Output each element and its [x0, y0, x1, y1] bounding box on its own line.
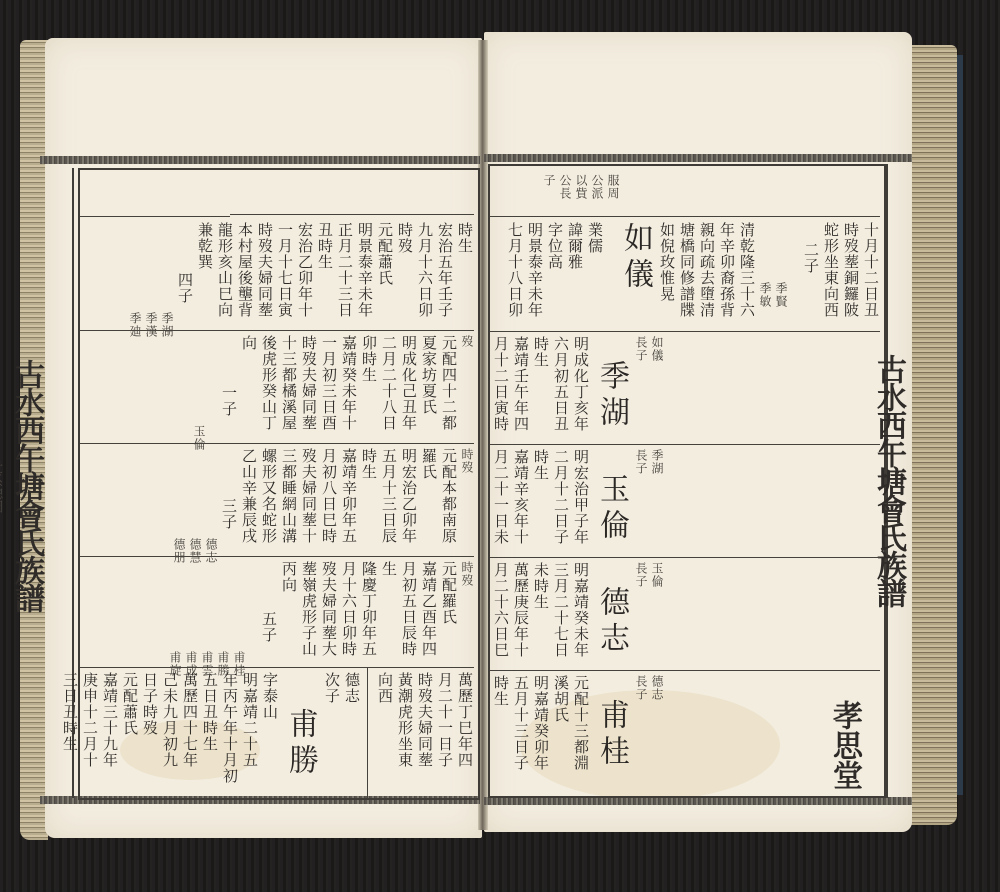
- column-divider: [367, 668, 368, 798]
- text-column: 七月十八日卯: [506, 222, 524, 318]
- text-column: 後虎形癸山丁: [260, 335, 278, 431]
- text-column: 月二十六日巳: [492, 562, 510, 658]
- parent-note: 如儀: [650, 336, 664, 432]
- text-column: 黃潮虎形坐東: [396, 672, 414, 768]
- text-column: 三日丑時生: [61, 672, 79, 752]
- text-column: 向: [240, 335, 258, 351]
- text-column: 夏家坊夏氏: [420, 335, 438, 415]
- text-column: 嘉靖壬午年四: [512, 336, 530, 432]
- person-name: 甫桂: [594, 699, 628, 771]
- text-column: 日子時歿: [141, 672, 159, 736]
- text-column: 時歿: [396, 222, 414, 254]
- note-column: 如倪玫惟晃: [658, 222, 676, 302]
- left-banxin: 古水西午塘會氏族譜 世系總圖 五七 孝思堂: [18, 170, 48, 800]
- person-name: 甫勝: [283, 708, 317, 780]
- text-column: 正月二十三日: [336, 222, 354, 318]
- text-column: 嘉靖辛卯年五: [340, 448, 358, 544]
- note-column: 清乾隆三十六: [738, 222, 756, 318]
- blue-cover-edge: [957, 55, 963, 795]
- person-entry: 季湖 長子 玉倫 明宏治甲子年 二月十二日子 時生 嘉靖辛亥年十 月二十一日未: [490, 449, 664, 545]
- person-entry: 如儀 長子 季湖 明成化丁亥年 六月初五日丑 時生 嘉靖壬午年四 月十二日寅時: [490, 336, 664, 432]
- text-column: 五月十三日辰: [380, 448, 398, 544]
- text-column: 年丙午年十月初: [221, 672, 239, 784]
- text-column: 宏治乙卯年十: [296, 222, 314, 318]
- text-column: 九月十六日卯: [416, 222, 434, 318]
- text-column: 螺形又名蛇形: [260, 448, 278, 544]
- text-column: 萬歷丁巳年四: [456, 672, 474, 768]
- text-column: 明景泰辛未年: [356, 222, 374, 318]
- generation-row-5: 萬歷丁巳年四 月二十一日子 時歿夫婦同塟 黃潮虎形坐東 向西 德志 次子 甫勝 …: [80, 667, 474, 795]
- person-name: 如儀: [618, 222, 652, 294]
- text-column: 三都睡網山溝: [280, 448, 298, 544]
- text-column: 元配四十二都: [440, 335, 458, 431]
- text-column: 明宏治甲子年: [572, 449, 590, 545]
- note-column: 塘橋同修譜牒: [678, 222, 696, 318]
- text-column: 塟嶺虎形子山: [300, 561, 318, 657]
- text-column: 時歿塟銅鑼陂: [842, 222, 860, 318]
- note-column: 服周: [606, 174, 620, 200]
- person-name: 季湖: [594, 360, 628, 432]
- children-count: 五子: [260, 611, 278, 643]
- right-page-edges: [905, 45, 957, 825]
- decorative-band: [40, 156, 480, 164]
- text-column: 月初五日辰時: [400, 561, 418, 657]
- text-column: 萬歷庚辰年十: [512, 562, 530, 658]
- decorative-band: [484, 154, 912, 162]
- text-column: 羅氏: [420, 448, 438, 480]
- row-divider: [80, 216, 230, 217]
- text-column: 嘉靖乙酉年四: [420, 561, 438, 657]
- text-column: 月十六日卯時: [340, 561, 358, 657]
- parent-note: 玉倫: [650, 562, 664, 658]
- text-column: 元配本都南原: [440, 448, 458, 544]
- text-column: 元配蕭氏: [376, 222, 394, 286]
- text-column: 時歿: [460, 448, 474, 474]
- text-column: 三月二十七日: [552, 562, 570, 658]
- text-column: 明嘉靖二十五: [241, 672, 259, 768]
- text-column: 兼乾巽: [196, 222, 214, 270]
- text-column: 時生: [360, 448, 378, 480]
- right-row-4: 玉倫 長子 德志 明嘉靖癸未年 三月二十七日 未時生 萬歷庚辰年十 月二十六日巳: [490, 557, 880, 669]
- right-banxin: 古水西午塘會氏族譜 孝思堂: [880, 170, 910, 790]
- text-column: 業儒: [586, 222, 604, 254]
- text-column: 時歿夫婦同塟: [256, 222, 274, 318]
- text-column: 時生: [532, 449, 550, 545]
- children-count: 三子: [220, 498, 238, 530]
- text-column: 明成化丁亥年: [572, 336, 590, 432]
- text-column: 明成化己丑年: [400, 335, 418, 431]
- text-column: 未時生: [532, 562, 550, 658]
- decorative-band: [484, 797, 912, 805]
- right-top-row: 十月十二日丑 時歿塟銅鑼陂 蛇形坐東向西 二子 季賢 季敏 清乾隆三十六 年辛卯…: [490, 218, 880, 330]
- text-column: 時生: [456, 222, 474, 254]
- text-column: 卯時生: [360, 335, 378, 383]
- note-column: 子: [542, 174, 556, 200]
- right-row-5: 德志 長子 甫桂 元配十三都淵 溪胡氏 明嘉靖癸卯年 五月十三日子 時生: [490, 670, 880, 794]
- text-column: 十月十二日丑: [862, 222, 880, 318]
- text-column: 字泰山: [261, 672, 279, 720]
- text-column: 明嘉靖癸卯年: [532, 675, 550, 771]
- generation-row-4: 時歿 元配羅氏 嘉靖乙酉年四 月初五日辰時 生 隆慶丁卯年五 月十六日卯時 歿夫…: [80, 556, 474, 666]
- note-column: 公長: [558, 174, 572, 200]
- person-entry: 德志 長子 甫桂 元配十三都淵 溪胡氏 明嘉靖癸卯年 五月十三日子 時生: [490, 675, 664, 771]
- note-column: 年辛卯裔孫背: [718, 222, 736, 318]
- text-column: 時歿夫婦同塟: [416, 672, 434, 768]
- generation-row-3: 時歿 元配本都南原 羅氏 明宏治乙卯年 五月十三日辰 時生 嘉靖辛卯年五 月初八…: [80, 443, 474, 555]
- parent-note: 德志: [343, 672, 361, 704]
- text-column: 龍形亥山巳向: [216, 222, 234, 318]
- parent-note: 德志: [650, 675, 664, 771]
- person-entry: 玉倫 長子 德志 明嘉靖癸未年 三月二十七日 未時生 萬歷庚辰年十 月二十六日巳: [490, 562, 664, 658]
- text-column: 五日丑時生: [201, 672, 219, 752]
- text-column: 丑時生: [316, 222, 334, 270]
- text-column: 一月初三日酉: [320, 335, 338, 431]
- text-column: 明景泰辛未年: [526, 222, 544, 318]
- header-note: 服周 公派 以貲 公長 子: [540, 174, 620, 200]
- text-column: 六月初五日丑: [552, 336, 570, 432]
- parent-note: 長子: [634, 562, 648, 658]
- right-row-2: 如儀 長子 季湖 明成化丁亥年 六月初五日丑 時生 嘉靖壬午年四 月十二日寅時: [490, 331, 880, 443]
- text-column: 五月十三日子: [512, 675, 530, 771]
- person-name: 玉倫: [594, 473, 628, 545]
- person-name: 德志: [594, 586, 628, 658]
- parent-note: 次子: [323, 672, 341, 704]
- text-column: 元配十三都淵: [572, 675, 590, 771]
- text-column: 嘉靖三十九年: [101, 672, 119, 768]
- children-count: 二子: [802, 242, 820, 274]
- book-title: 古水西午塘會氏族譜: [4, 359, 48, 611]
- text-column: 月二十一日子: [436, 672, 454, 768]
- text-column: 歿: [460, 335, 474, 348]
- text-column: 歿夫婦同塟十: [300, 448, 318, 544]
- text-column: 時歿夫婦同塟: [300, 335, 318, 431]
- child-name: 季賢: [774, 282, 788, 308]
- text-column: 宏治五年壬子: [436, 222, 454, 318]
- text-column: 諱爾雅: [566, 222, 584, 270]
- text-column: 己未九月初九: [161, 672, 179, 768]
- text-column: 一月十七日寅: [276, 222, 294, 318]
- children-count: 一子: [220, 385, 238, 417]
- text-column: 嘉靖癸未年十: [340, 335, 358, 431]
- row-divider: [230, 214, 474, 215]
- text-column: 溪胡氏: [552, 675, 570, 771]
- text-column: 月二十一日未: [492, 449, 510, 545]
- text-column: 隆慶丁卯年五: [360, 561, 378, 657]
- child-name: 季敏: [758, 282, 772, 308]
- parent-note: 季湖: [650, 449, 664, 545]
- note-column: 以貲: [574, 174, 588, 200]
- text-column: 時歿: [460, 561, 474, 587]
- text-column: 明宏治乙卯年: [400, 448, 418, 544]
- section-label: 世系總圖: [0, 461, 4, 513]
- generation-row-1: 時生 宏治五年壬子 九月十六日卯 時歿 元配蕭氏 明景泰辛未年 正月二十三日 丑…: [80, 218, 474, 328]
- text-column: 生: [380, 561, 398, 577]
- note-column: 親向疏去墮清: [698, 222, 716, 318]
- text-column: 時生: [492, 675, 510, 771]
- text-column: 元配蕭氏: [121, 672, 139, 736]
- right-row-3: 季湖 長子 玉倫 明宏治甲子年 二月十二日子 時生 嘉靖辛亥年十 月二十一日未: [490, 444, 880, 556]
- note-column: 公派: [590, 174, 604, 200]
- text-column: 月初八日巳時: [320, 448, 338, 544]
- text-column: 嘉靖辛亥年十: [512, 449, 530, 545]
- parent-note: 長子: [634, 336, 648, 432]
- text-column: 二月十二日子: [552, 449, 570, 545]
- text-column: 乙山辛兼辰戌: [240, 448, 258, 544]
- children-count: 四子: [176, 272, 194, 304]
- text-column: 十三都橘溪屋: [280, 335, 298, 431]
- parent-note: 長子: [634, 675, 648, 771]
- text-column: 蛇形坐東向西: [822, 222, 840, 318]
- text-column: 月十二日寅時: [492, 336, 510, 432]
- text-column: 丙向: [280, 561, 298, 593]
- generation-row-2: 歿 元配四十二都 夏家坊夏氏 明成化己丑年 二月二十八日 卯時生 嘉靖癸未年十 …: [80, 330, 474, 442]
- text-column: 向西: [376, 672, 394, 704]
- text-column: 二月二十八日: [380, 335, 398, 431]
- parent-note: 長子: [634, 449, 648, 545]
- text-column: 萬歷四十七年: [181, 672, 199, 768]
- text-column: 本村屋後壟背: [236, 222, 254, 318]
- text-column: 明嘉靖癸未年: [572, 562, 590, 658]
- text-column: 時生: [532, 336, 550, 432]
- text-column: 字位高: [546, 222, 564, 270]
- row-divider: [490, 216, 880, 217]
- text-column: 歿夫婦同塟大: [320, 561, 338, 657]
- text-column: 元配羅氏: [440, 561, 458, 625]
- text-column: 庚申十二月十: [81, 672, 99, 768]
